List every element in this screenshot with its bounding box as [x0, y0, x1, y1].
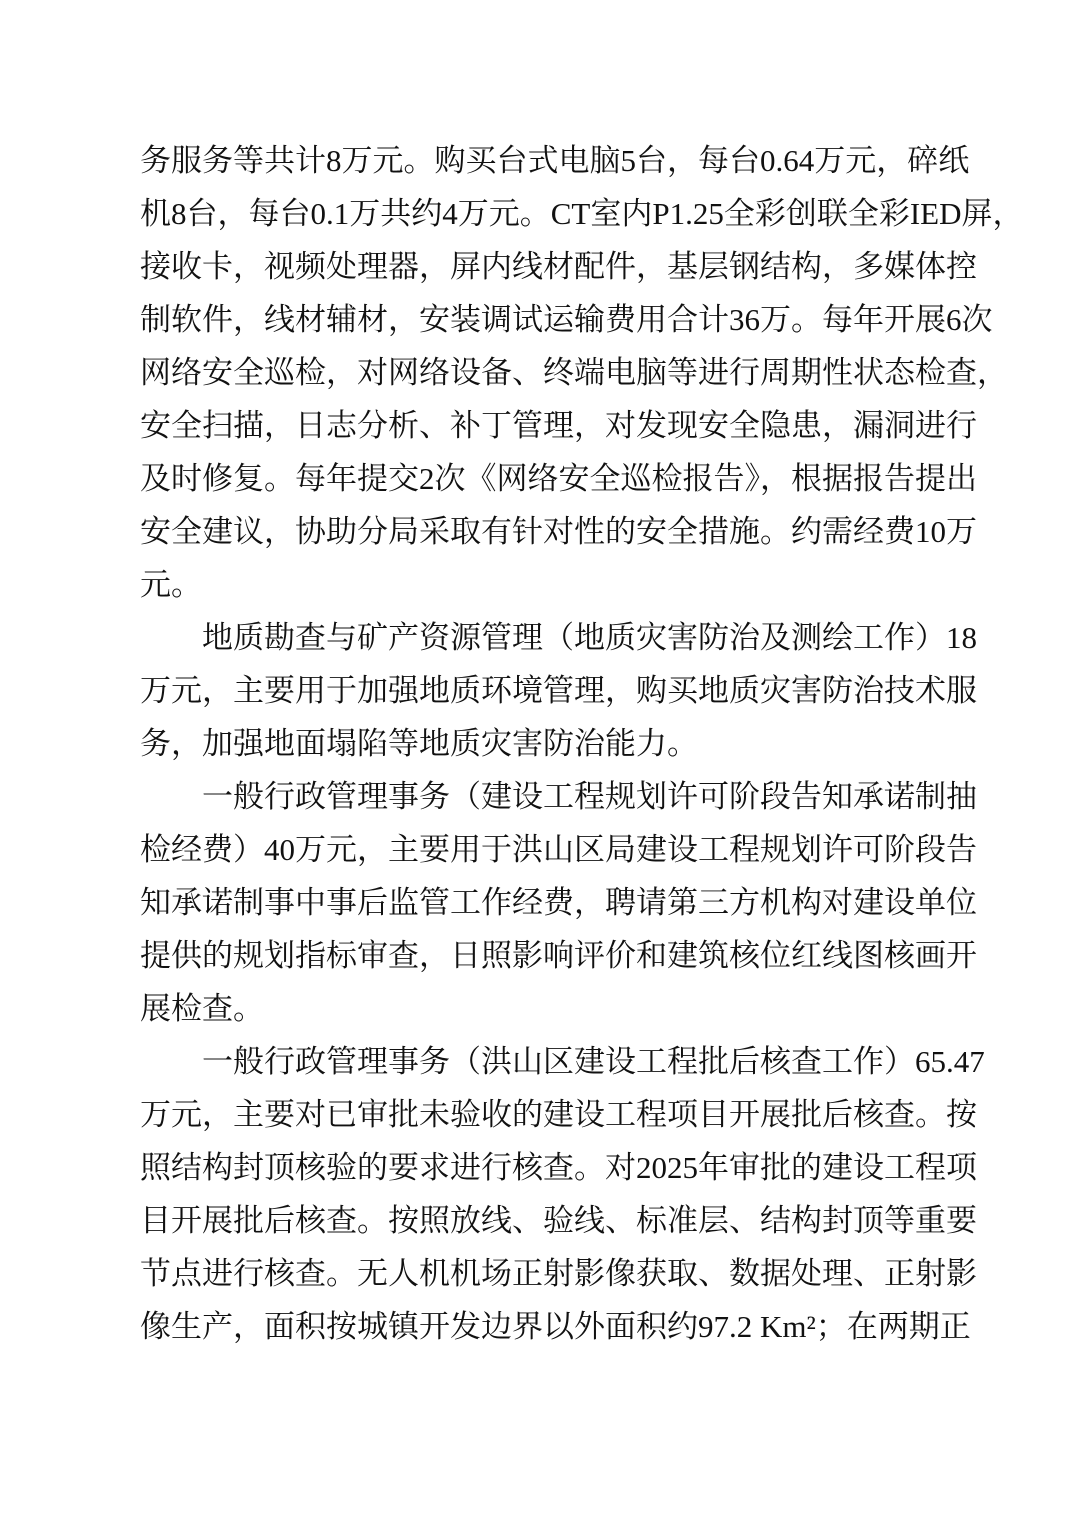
text-line: 目开展批后核查。按照放线、验线、标准层、结构封顶等重要: [140, 1194, 946, 1247]
text-line: 务，加强地面塌陷等地质灾害防治能力。: [140, 717, 946, 770]
text-line: 万元，主要对已审批未验收的建设工程项目开展批后核查。按: [140, 1088, 946, 1141]
text-line: 检经费）40万元，主要用于洪山区局建设工程规划许可阶段告: [140, 823, 946, 876]
text-line: 节点进行核查。无人机机场正射影像获取、数据处理、正射影: [140, 1247, 946, 1300]
text-line: 一般行政管理事务（建设工程规划许可阶段告知承诺制抽: [140, 770, 946, 823]
text-line: 提供的规划指标审查，日照影响评价和建筑核位红线图核画开: [140, 929, 946, 982]
text-line: 及时修复。每年提交2次《网络安全巡检报告》，根据报告提出: [140, 452, 946, 505]
document-body: 务服务等共计8万元。购买台式电脑5台，每台0.64万元，碎纸机8台，每台0.1万…: [140, 134, 946, 1353]
text-line: 万元，主要用于加强地质环境管理，购买地质灾害防治技术服: [140, 664, 946, 717]
text-line: 机8台，每台0.1万共约4万元。CT室内P1.25全彩创联全彩IED屏，: [140, 187, 946, 240]
text-line: 安全扫描，日志分析、补丁管理，对发现安全隐患，漏洞进行: [140, 399, 946, 452]
text-line: 照结构封顶核验的要求进行核查。对2025年审批的建设工程项: [140, 1141, 946, 1194]
text-line: 知承诺制事中事后监管工作经费，聘请第三方机构对建设单位: [140, 876, 946, 929]
text-line: 元。: [140, 558, 946, 611]
text-line: 制软件，线材辅材，安装调试运输费用合计36万。每年开展6次: [140, 293, 946, 346]
text-line: 像生产，面积按城镇开发边界以外面积约97.2 Km²；在两期正: [140, 1300, 946, 1353]
text-line: 安全建议，协助分局采取有针对性的安全措施。约需经费10万: [140, 505, 946, 558]
text-line: 地质勘查与矿产资源管理（地质灾害防治及测绘工作）18: [140, 611, 946, 664]
document-page: 务服务等共计8万元。购买台式电脑5台，每台0.64万元，碎纸机8台，每台0.1万…: [0, 0, 1075, 1520]
text-line: 网络安全巡检，对网络设备、终端电脑等进行周期性状态检查，: [140, 346, 946, 399]
text-line: 展检查。: [140, 982, 946, 1035]
text-line: 务服务等共计8万元。购买台式电脑5台，每台0.64万元，碎纸: [140, 134, 946, 187]
text-line: 一般行政管理事务（洪山区建设工程批后核查工作）65.47: [140, 1035, 946, 1088]
text-line: 接收卡，视频处理器，屏内线材配件，基层钢结构，多媒体控: [140, 240, 946, 293]
